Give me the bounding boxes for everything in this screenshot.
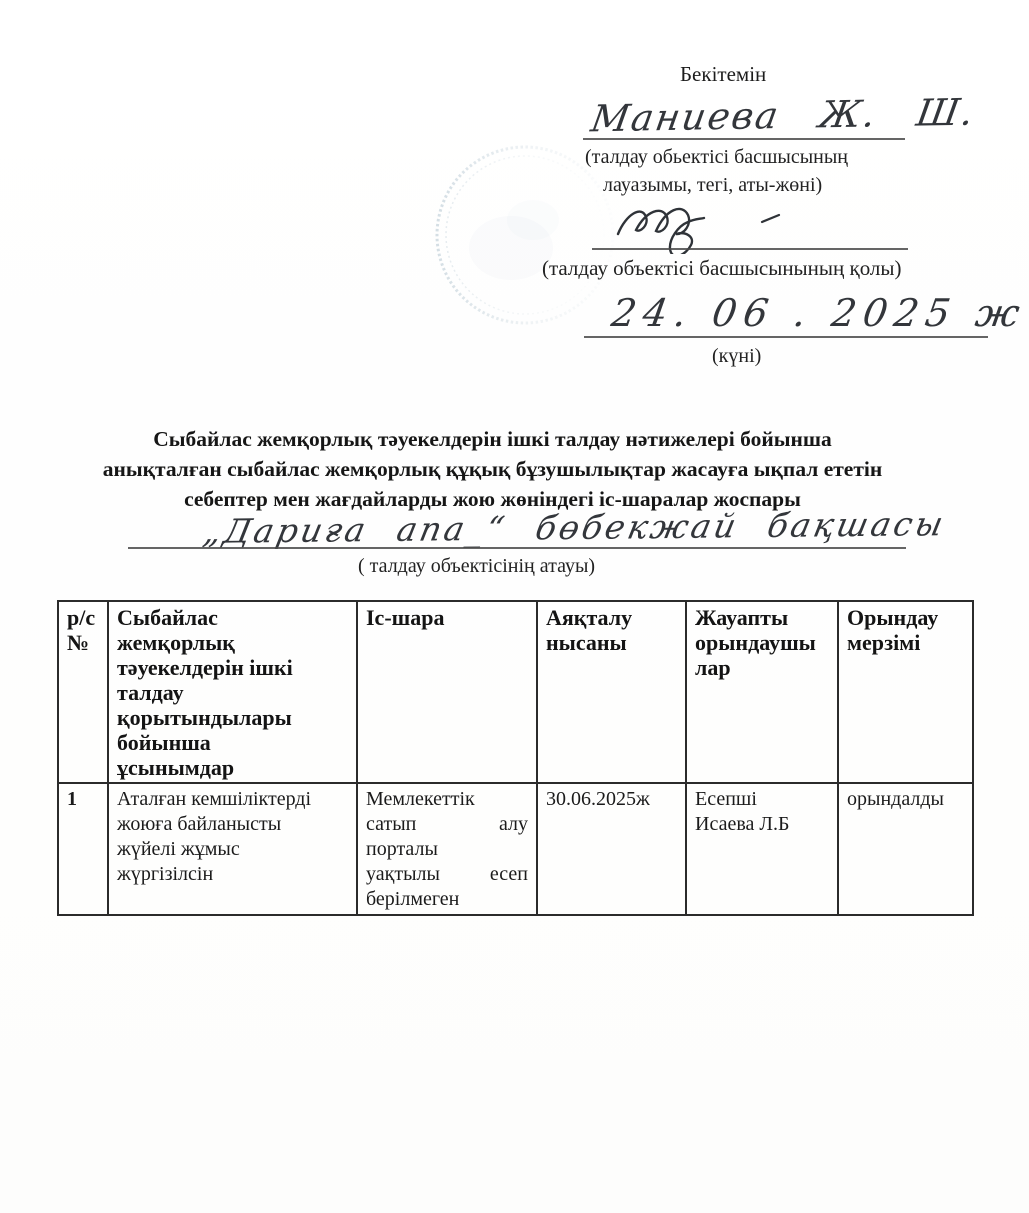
header-recommendations: Сыбайлас жемқорлық тәуекелдерін ішкі тал… — [108, 601, 357, 783]
cell-responsible: Есепші Исаева Л.Б — [686, 783, 838, 915]
org-name-caption: ( талдау объектісінің атауы) — [358, 552, 595, 580]
signature-underline — [592, 248, 908, 250]
signature-caption: (талдау объектісі басшысынының қолы) — [542, 254, 902, 282]
cell-term: орындалды — [838, 783, 973, 915]
cell-recommendation: Аталған кемшіліктерді жоюға байланысты ж… — [108, 783, 357, 915]
title-line-2: анықталған сыбайлас жемқорлық құқық бұзу… — [20, 454, 965, 484]
header-term: Орындау мерзімі — [838, 601, 973, 783]
approver-caption: (талдау обьектісі басшысының лауазымы, т… — [585, 143, 848, 199]
table-header-row: р/с № Сыбайлас жемқорлық тәуекелдерін іш… — [58, 601, 973, 783]
header-completion-form: Аяқталу нысаны — [537, 601, 686, 783]
org-name-handwritten: „Дариға апа_“ бөбекжай бақшасы — [200, 504, 949, 551]
title-line-1: Сыбайлас жемқорлық тәуекелдерін ішкі тал… — [20, 424, 965, 454]
scanned-document-page: Бекітемін Маниева Ж. Ш. (талдау обьектіс… — [0, 0, 1029, 1213]
date-caption: (күні) — [712, 342, 761, 370]
approver-signature-name: Маниева Ж. Ш. — [588, 91, 978, 141]
header-row-number: р/с № — [58, 601, 108, 783]
date-underline — [584, 336, 988, 338]
table-row: 1 Аталған кемшіліктерді жоюға байланысты… — [58, 783, 973, 915]
org-name-underline — [128, 547, 906, 549]
approver-caption-line1: (талдау обьектісі басшысының — [585, 143, 848, 171]
director-signature-scribble — [612, 192, 784, 254]
cell-row-number: 1 — [58, 783, 108, 915]
approval-label: Бекітемін — [680, 62, 766, 87]
header-responsible: Жауапты орындаушы лар — [686, 601, 838, 783]
header-action: Іс-шара — [357, 601, 537, 783]
signature-name-underline — [583, 138, 905, 140]
cell-completion-form: 30.06.2025ж — [537, 783, 686, 915]
cell-action: Мемлекеттік сатып алу порталы уақтылы ес… — [357, 783, 537, 915]
approval-date-handwritten: 24. 06 . 2025 ж — [609, 291, 1029, 335]
document-title: Сыбайлас жемқорлық тәуекелдерін ішкі тал… — [20, 424, 965, 514]
action-plan-table: р/с № Сыбайлас жемқорлық тәуекелдерін іш… — [57, 600, 974, 916]
